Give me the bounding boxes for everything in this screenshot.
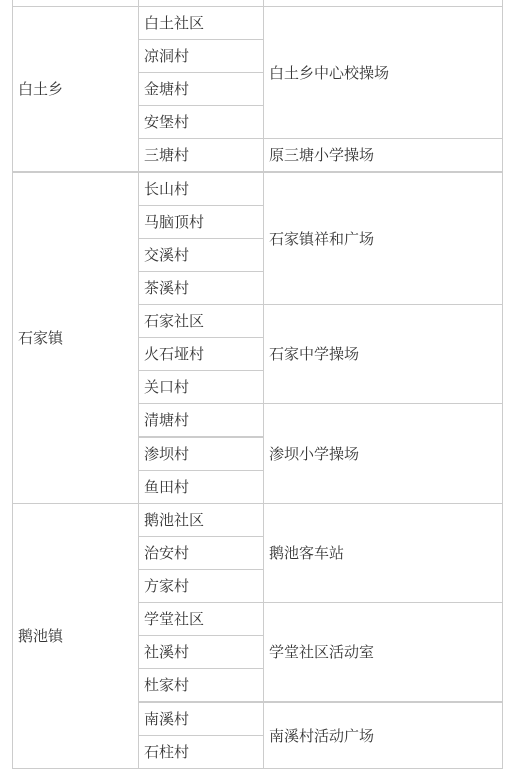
site-cell: 原三塘小学操场 [264, 139, 503, 173]
village-cell: 鹅池社区 [139, 504, 264, 537]
village-cell: 鱼田村 [139, 471, 264, 504]
village-cell: 茶溪村 [139, 272, 264, 305]
town-cell: 白土乡 [13, 7, 139, 173]
village-cell: 社溪村 [139, 636, 264, 669]
village-cell: 渗坝村 [139, 437, 264, 471]
table-row: 白土乡 白土社区 白土乡中心校操场 [13, 7, 503, 40]
site-cell: 渗坝小学操场 [264, 404, 503, 504]
site-cell: 学堂社区活动室 [264, 603, 503, 703]
town-cell: 石家镇 [13, 172, 139, 504]
village-cell: 凉洞村 [139, 40, 264, 73]
table-container: 白土乡 白土社区 白土乡中心校操场 凉洞村 金塘村 安堡村 三塘村 原三塘小学操… [12, 0, 503, 769]
village-cell: 火石垭村 [139, 338, 264, 371]
village-cell: 金塘村 [139, 73, 264, 106]
site-cell: 鹅池客车站 [264, 504, 503, 603]
site-cell: 白土乡中心校操场 [264, 7, 503, 139]
village-cell: 关口村 [139, 371, 264, 404]
village-cell: 长山村 [139, 172, 264, 206]
village-cell: 安堡村 [139, 106, 264, 139]
table-row: 石家镇 长山村 石家镇祥和广场 [13, 172, 503, 206]
town-cell: 鹅池镇 [13, 504, 139, 769]
table-row: 鹅池镇 鹅池社区 鹅池客车站 [13, 504, 503, 537]
village-cell: 杜家村 [139, 669, 264, 703]
village-cell: 清塘村 [139, 404, 264, 438]
site-cell: 石家镇祥和广场 [264, 172, 503, 305]
village-cell: 治安村 [139, 537, 264, 570]
site-cell: 南溪村活动广场 [264, 702, 503, 769]
village-cell: 马脑顶村 [139, 206, 264, 239]
village-cell: 三塘村 [139, 139, 264, 173]
village-cell: 方家村 [139, 570, 264, 603]
assembly-points-table: 白土乡 白土社区 白土乡中心校操场 凉洞村 金塘村 安堡村 三塘村 原三塘小学操… [12, 0, 503, 769]
village-cell: 白土社区 [139, 7, 264, 40]
village-cell: 石柱村 [139, 736, 264, 769]
village-cell: 石家社区 [139, 305, 264, 338]
village-cell: 交溪村 [139, 239, 264, 272]
village-cell: 学堂社区 [139, 603, 264, 636]
site-cell: 石家中学操场 [264, 305, 503, 404]
village-cell: 南溪村 [139, 702, 264, 736]
